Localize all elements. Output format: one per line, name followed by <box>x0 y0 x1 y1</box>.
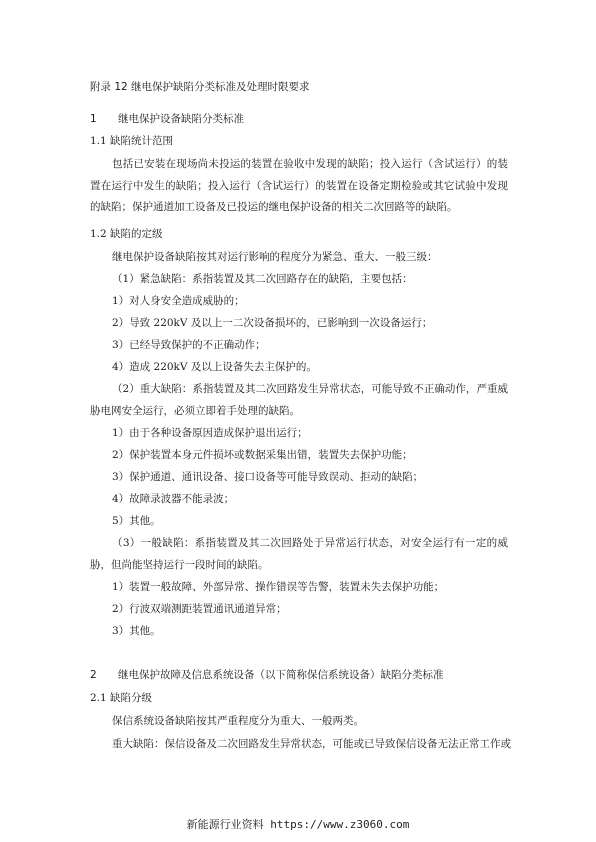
list-item: 1）装置一般故障、外部异常、操作错误等告警，装置未失去保护功能； <box>112 580 444 594</box>
section-1-2-intro: 继电保护设备缺陷按其对运行影响的程度分为紧急、重大、一般三级： <box>112 250 438 264</box>
section-2-1-major-start: 重大缺陷：保信设备及二次回路发生异常状态，可能或已导致保信设备无法正常工作或 <box>112 737 511 751</box>
section-2-title: 继电保护故障及信息系统设备（以下简称保信系统设备）缺陷分类标准 <box>118 669 444 681</box>
list-item: 1）对人身安全造成威胁的； <box>112 294 245 308</box>
page-footer: 新能源行业资料 https://www.z3060.com <box>0 816 596 832</box>
general-defect-label: （3）一般缺陷：系指装置及其二次回路处于异常运行状态，对安全运行有一定的威胁，但… <box>90 533 508 576</box>
list-item: 3）已经导致保护的不正确动作； <box>112 338 266 352</box>
section-1-2-heading: 1.2 缺陷的定级 <box>90 227 163 241</box>
list-item: 3）其他。 <box>112 624 161 638</box>
list-item: 2）保护装置本身元件损坏或数据采集出错，装置失去保护功能； <box>112 448 413 462</box>
section-1-number: 1 <box>90 112 118 126</box>
section-1-1-body: 包括已安装在现场尚未投运的装置在验收中发现的缺陷；投入运行（含试运行）的装置在运… <box>90 154 508 219</box>
section-2-1-intro: 保信系统设备缺陷按其严重程度分为重大、一般两类。 <box>112 714 364 728</box>
section-2-heading: 2继电保护故障及信息系统设备（以下简称保信系统设备）缺陷分类标准 <box>90 668 444 682</box>
section-2-number: 2 <box>90 668 118 682</box>
section-1-title: 继电保护设备缺陷分类标准 <box>118 113 244 125</box>
footer-url[interactable]: https://www.z3060.com <box>264 818 410 831</box>
list-item: 3）保护通道、通讯设备、接口设备等可能导致误动、拒动的缺陷； <box>112 470 423 484</box>
footer-source: 新能源行业资料 <box>187 818 264 831</box>
section-1-1-heading: 1.1 缺陷统计范围 <box>90 134 173 148</box>
appendix-title: 附录 12 继电保护缺陷分类标准及处理时限要求 <box>90 80 310 94</box>
major-defect-label: （2）重大缺陷：系指装置及其二次回路发生异常状态，可能导致不正确动作，严重威胁电… <box>90 379 508 422</box>
section-1-heading: 1继电保护设备缺陷分类标准 <box>90 112 244 126</box>
list-item: 2）导致 220kV 及以上一二次设备损坏的，已影响到一次设备运行； <box>112 316 432 330</box>
urgent-defect-label: （1）紧急缺陷：系指装置及其二次回路存在的缺陷，主要包括： <box>112 272 413 286</box>
list-item: 2）行波双端测距装置通讯通道异常； <box>112 602 287 616</box>
list-item: 4）故障录波器不能录波； <box>112 492 234 506</box>
list-item: 5）其他。 <box>112 514 161 528</box>
list-item: 1）由于各种设备原因造成保护退出运行； <box>112 426 308 440</box>
list-item: 4）造成 220kV 及以上设备失去主保护的。 <box>112 360 317 374</box>
section-2-1-heading: 2.1 缺陷分级 <box>90 691 152 705</box>
